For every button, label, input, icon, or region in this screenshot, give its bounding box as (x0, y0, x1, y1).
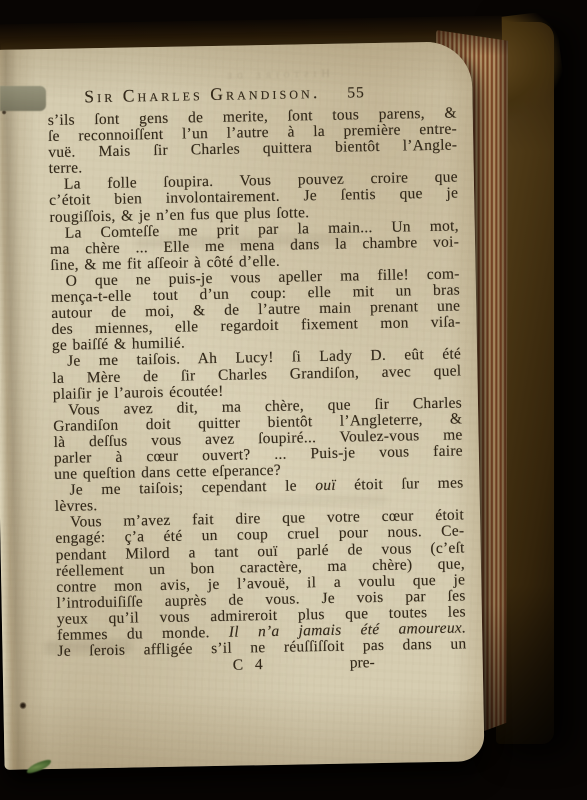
book-page: Histoire de Sir Charles Grandison. 55 s’… (0, 41, 485, 770)
ink-speck (19, 701, 26, 709)
running-title: Sir Charles Grandison. (84, 82, 320, 107)
photo-background: Histoire de Sir Charles Grandison. 55 s’… (0, 0, 587, 800)
text-segment: étoit ſur mes (336, 475, 464, 494)
text-segment: terre. (48, 160, 82, 178)
signature-mark: C 4 (233, 656, 267, 675)
catchword: pre- (350, 654, 375, 672)
body-text: s’ils ſont gens de merite, ſont tous par… (48, 106, 467, 661)
page-number: 55 (347, 84, 365, 102)
italic-text: ouï (315, 477, 336, 494)
running-header: Sir Charles Grandison. 55 (84, 81, 365, 107)
text-segment: lèvres. (55, 497, 98, 515)
endpaper-sliver (0, 86, 46, 111)
